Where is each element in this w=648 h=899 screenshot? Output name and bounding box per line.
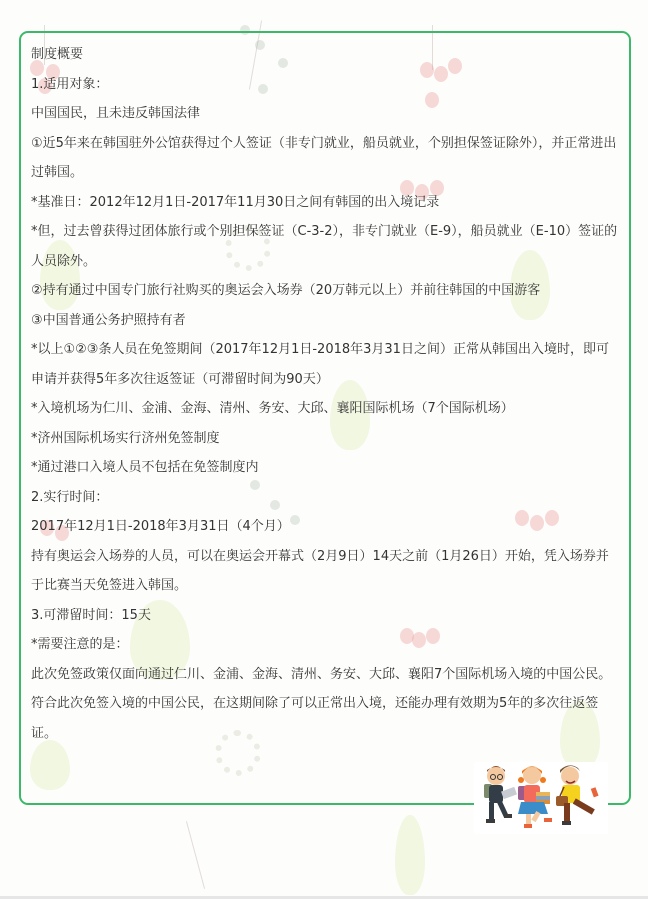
heading-stay-duration: 3.可滞留时间：15天 [31,601,621,631]
paragraph: *入境机场为仁川、金浦、金海、清州、务安、大邱、襄阳国际机场（7个国际机场） [31,394,621,424]
section-title: 制度概要 [31,40,621,70]
paragraph: *济州国际机场实行济州免签制度 [31,424,621,454]
students-illustration [474,762,608,834]
page: 制度概要 1.适用对象： 中国国民，且未违反韩国法律 ①近5年来在韩国驻外公馆获… [0,0,648,899]
paragraph: ①近5年来在韩国驻外公馆获得过个人签证（非专门就业，船员就业，个别担保签证除外）… [31,129,621,188]
paragraph: *基准日：2012年12月1日-2017年11月30日之间有韩国的出入境记录 [31,188,621,218]
paragraph: *但，过去曾获得过团体旅行或个别担保签证（C-3-2），非专门就业（E-9），船… [31,217,621,276]
heading-applicable-targets: 1.适用对象： [31,70,621,100]
paragraph: 持有奥运会入场券的人员，可以在奥运会开幕式（2月9日）14天之前（1月26日）开… [31,542,621,601]
paragraph: *以上①②③条人员在免签期间（2017年12月1日-2018年3月31日之间）正… [31,335,621,394]
paragraph: 2017年12月1日-2018年3月31日（4个月） [31,512,621,542]
note-heading: *需要注意的是： [31,630,621,660]
heading-implementation-period: 2.实行时间： [31,483,621,513]
paragraph: 中国国民，且未违反韩国法律 [31,99,621,129]
paragraph: 此次免签政策仅面向通过仁川、金浦、金海、清州、务安、大邱、襄阳7个国际机场入境的… [31,660,621,749]
article-body: 制度概要 1.适用对象： 中国国民，且未违反韩国法律 ①近5年来在韩国驻外公馆获… [31,40,621,748]
paragraph: ②持有通过中国专门旅行社购买的奥运会入场券（20万韩元以上）并前往韩国的中国游客 [31,276,621,306]
cartoon-students-icon [474,762,608,834]
paragraph: *通过港口入境人员不包括在免签制度内 [31,453,621,483]
paragraph: ③中国普通公务护照持有者 [31,306,621,336]
